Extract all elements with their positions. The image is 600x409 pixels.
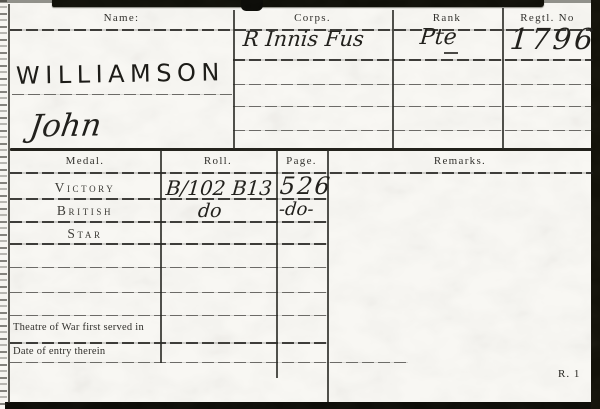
surname-value: WILLIAMSON [16, 58, 225, 90]
name-header-label: Name: [10, 12, 233, 24]
medal-column-header: Medal. [10, 155, 160, 167]
medal-index-card: Name: Corps. Rank Regtl. No R Innis Fus … [0, 0, 600, 409]
victory-page-value: 526 [279, 172, 333, 200]
british-roll-value: do [197, 200, 223, 222]
medal-row-star-label: Star [10, 226, 160, 242]
medal-row-victory-label: Victory [10, 180, 160, 196]
card-reference-code: R. 1 [558, 368, 580, 380]
rank-flourish-stroke [444, 52, 458, 54]
regtl-no-value: 17963 [509, 22, 592, 56]
rank-header-label: Rank [392, 12, 502, 24]
text-layer: Name: Corps. Rank Regtl. No R Innis Fus … [0, 0, 600, 409]
rank-value: Pte [419, 25, 458, 50]
forename-value: John [27, 107, 103, 144]
british-page-value: -do- [278, 199, 314, 220]
roll-column-header: Roll. [160, 155, 276, 167]
page-column-header: Page. [276, 155, 327, 167]
theatre-of-war-label: Theatre of War first served in [13, 322, 144, 333]
corps-value: R Innis Fus [242, 27, 365, 51]
date-of-entry-label: Date of entry therein [13, 346, 105, 357]
corps-header-label: Corps. [233, 12, 392, 24]
regtl-no-cell: 17963 [508, 22, 592, 62]
medal-row-british-label: British [10, 203, 160, 219]
remarks-column-header: Remarks. [327, 155, 593, 167]
victory-roll-value: B/102 B13 [165, 176, 273, 200]
